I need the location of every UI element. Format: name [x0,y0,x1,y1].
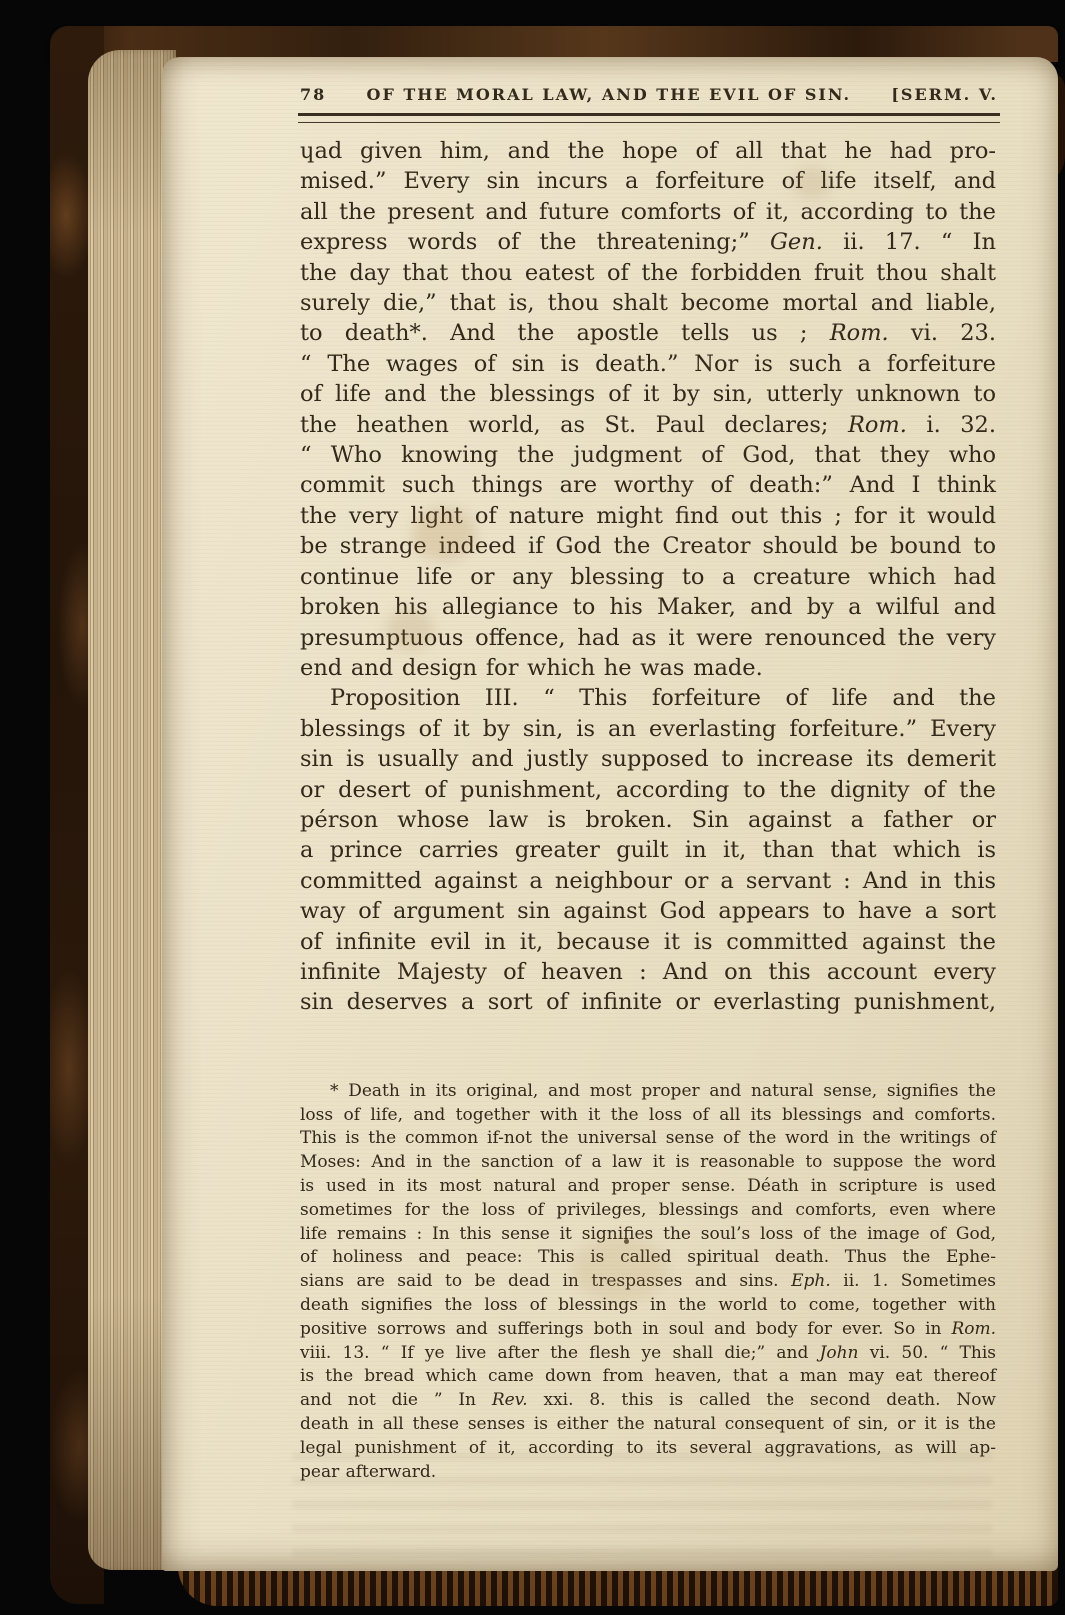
text-line: loss of life, and together with it the l… [300,1104,996,1128]
text-line: blessings of it by sin, is an everlastin… [300,714,996,744]
text-line: presumptuous offence, had as it were ren… [300,623,996,653]
photo-backdrop: 78 OF THE MORAL LAW, AND THE EVIL OF SIN… [0,0,1065,1615]
header-rule [298,113,1000,123]
text-line: to death*. And the apostle tells us ; Ro… [300,318,996,348]
text-line: “ The wages of sin is death.” Nor is suc… [300,349,996,379]
text-line: and not die ” In Rev. xxi. 8. this is ca… [300,1389,996,1413]
text-line: sin deserves a sort of infinite or everl… [300,987,996,1017]
text-line: viii. 13. “ If ye live after the flesh y… [300,1342,996,1366]
text-line: ɥad given him, and the hope of all that … [300,136,996,166]
page-number: 78 [300,85,326,104]
text-line: This is the common if-not the universal … [300,1127,996,1151]
text-line: continue life or any blessing to a creat… [300,562,996,592]
text-line: “ Who knowing the judgment of God, that … [300,440,996,470]
text-line: or desert of punishment, according to th… [300,775,996,805]
text-line: sometimes for the loss of privileges, bl… [300,1199,996,1223]
text-line: the day that thou eatest of the forbidde… [300,258,996,288]
text-line: death signifies the loss of blessings in… [300,1294,996,1318]
text-line: of holiness and peace: This is called sp… [300,1246,996,1270]
text-line: Proposition III. “ This forfeiture of li… [300,683,996,713]
text-line: broken his allegiance to his Maker, and … [300,592,996,622]
text-line: of infinite evil in it, because it is co… [300,927,996,957]
footnote: * Death in its original, and most proper… [300,1080,996,1485]
text-line: is the bread which came down from heaven… [300,1365,996,1389]
body-text: ɥad given him, and the hope of all that … [300,136,996,1018]
text-line: surely die,” that is, thou shalt become … [300,288,996,318]
text-line: end and design for which he was made. [300,653,996,683]
text-line: sians are said to be dead in trespasses … [300,1270,996,1294]
text-line: positive sorrows and sufferings both in … [300,1318,996,1342]
text-line: of life and the blessings of it by sin, … [300,379,996,409]
text-line: all the present and future comforts of i… [300,197,996,227]
text-line: the heathen world, as St. Paul declares;… [300,410,996,440]
ink-show-through [292,1452,992,1562]
text-line: way of argument sin against God appears … [300,896,996,926]
text-line: Moses: And in the sanction of a law it i… [300,1151,996,1175]
text-line: express words of the threatening;” Gen. … [300,227,996,257]
text-line: infinite Majesty of heaven : And on this… [300,957,996,987]
text-line: is used in its most natural and proper s… [300,1175,996,1199]
running-title: OF THE MORAL LAW, AND THE EVIL OF SIN. [326,85,891,104]
text-line: sin is usually and justly supposed to in… [300,744,996,774]
text-line: mised.” Every sin incurs a forfeiture of… [300,166,996,196]
text-line: commit such things are worthy of death:”… [300,470,996,500]
ink-speck [624,1239,629,1244]
body-paragraph: ɥad given him, and the hope of all that … [300,136,996,683]
page-header: 78 OF THE MORAL LAW, AND THE EVIL OF SIN… [300,85,998,104]
book-page: 78 OF THE MORAL LAW, AND THE EVIL OF SIN… [162,57,1058,1571]
sermon-label: [SERM. V. [891,85,998,104]
text-line: be strange indeed if God the Creator sho… [300,531,996,561]
text-line: death in all these senses is either the … [300,1413,996,1437]
text-line: a prince carries greater guilt in it, th… [300,835,996,865]
text-line: pérson whose law is broken. Sin against … [300,805,996,835]
text-line: * Death in its original, and most proper… [300,1080,996,1104]
text-line: the very light of nature might find out … [300,501,996,531]
body-paragraph: Proposition III. “ This forfeiture of li… [300,683,996,1017]
text-line: life remains : In this sense it signifie… [300,1223,996,1247]
text-line: committed against a neighbour or a serva… [300,866,996,896]
